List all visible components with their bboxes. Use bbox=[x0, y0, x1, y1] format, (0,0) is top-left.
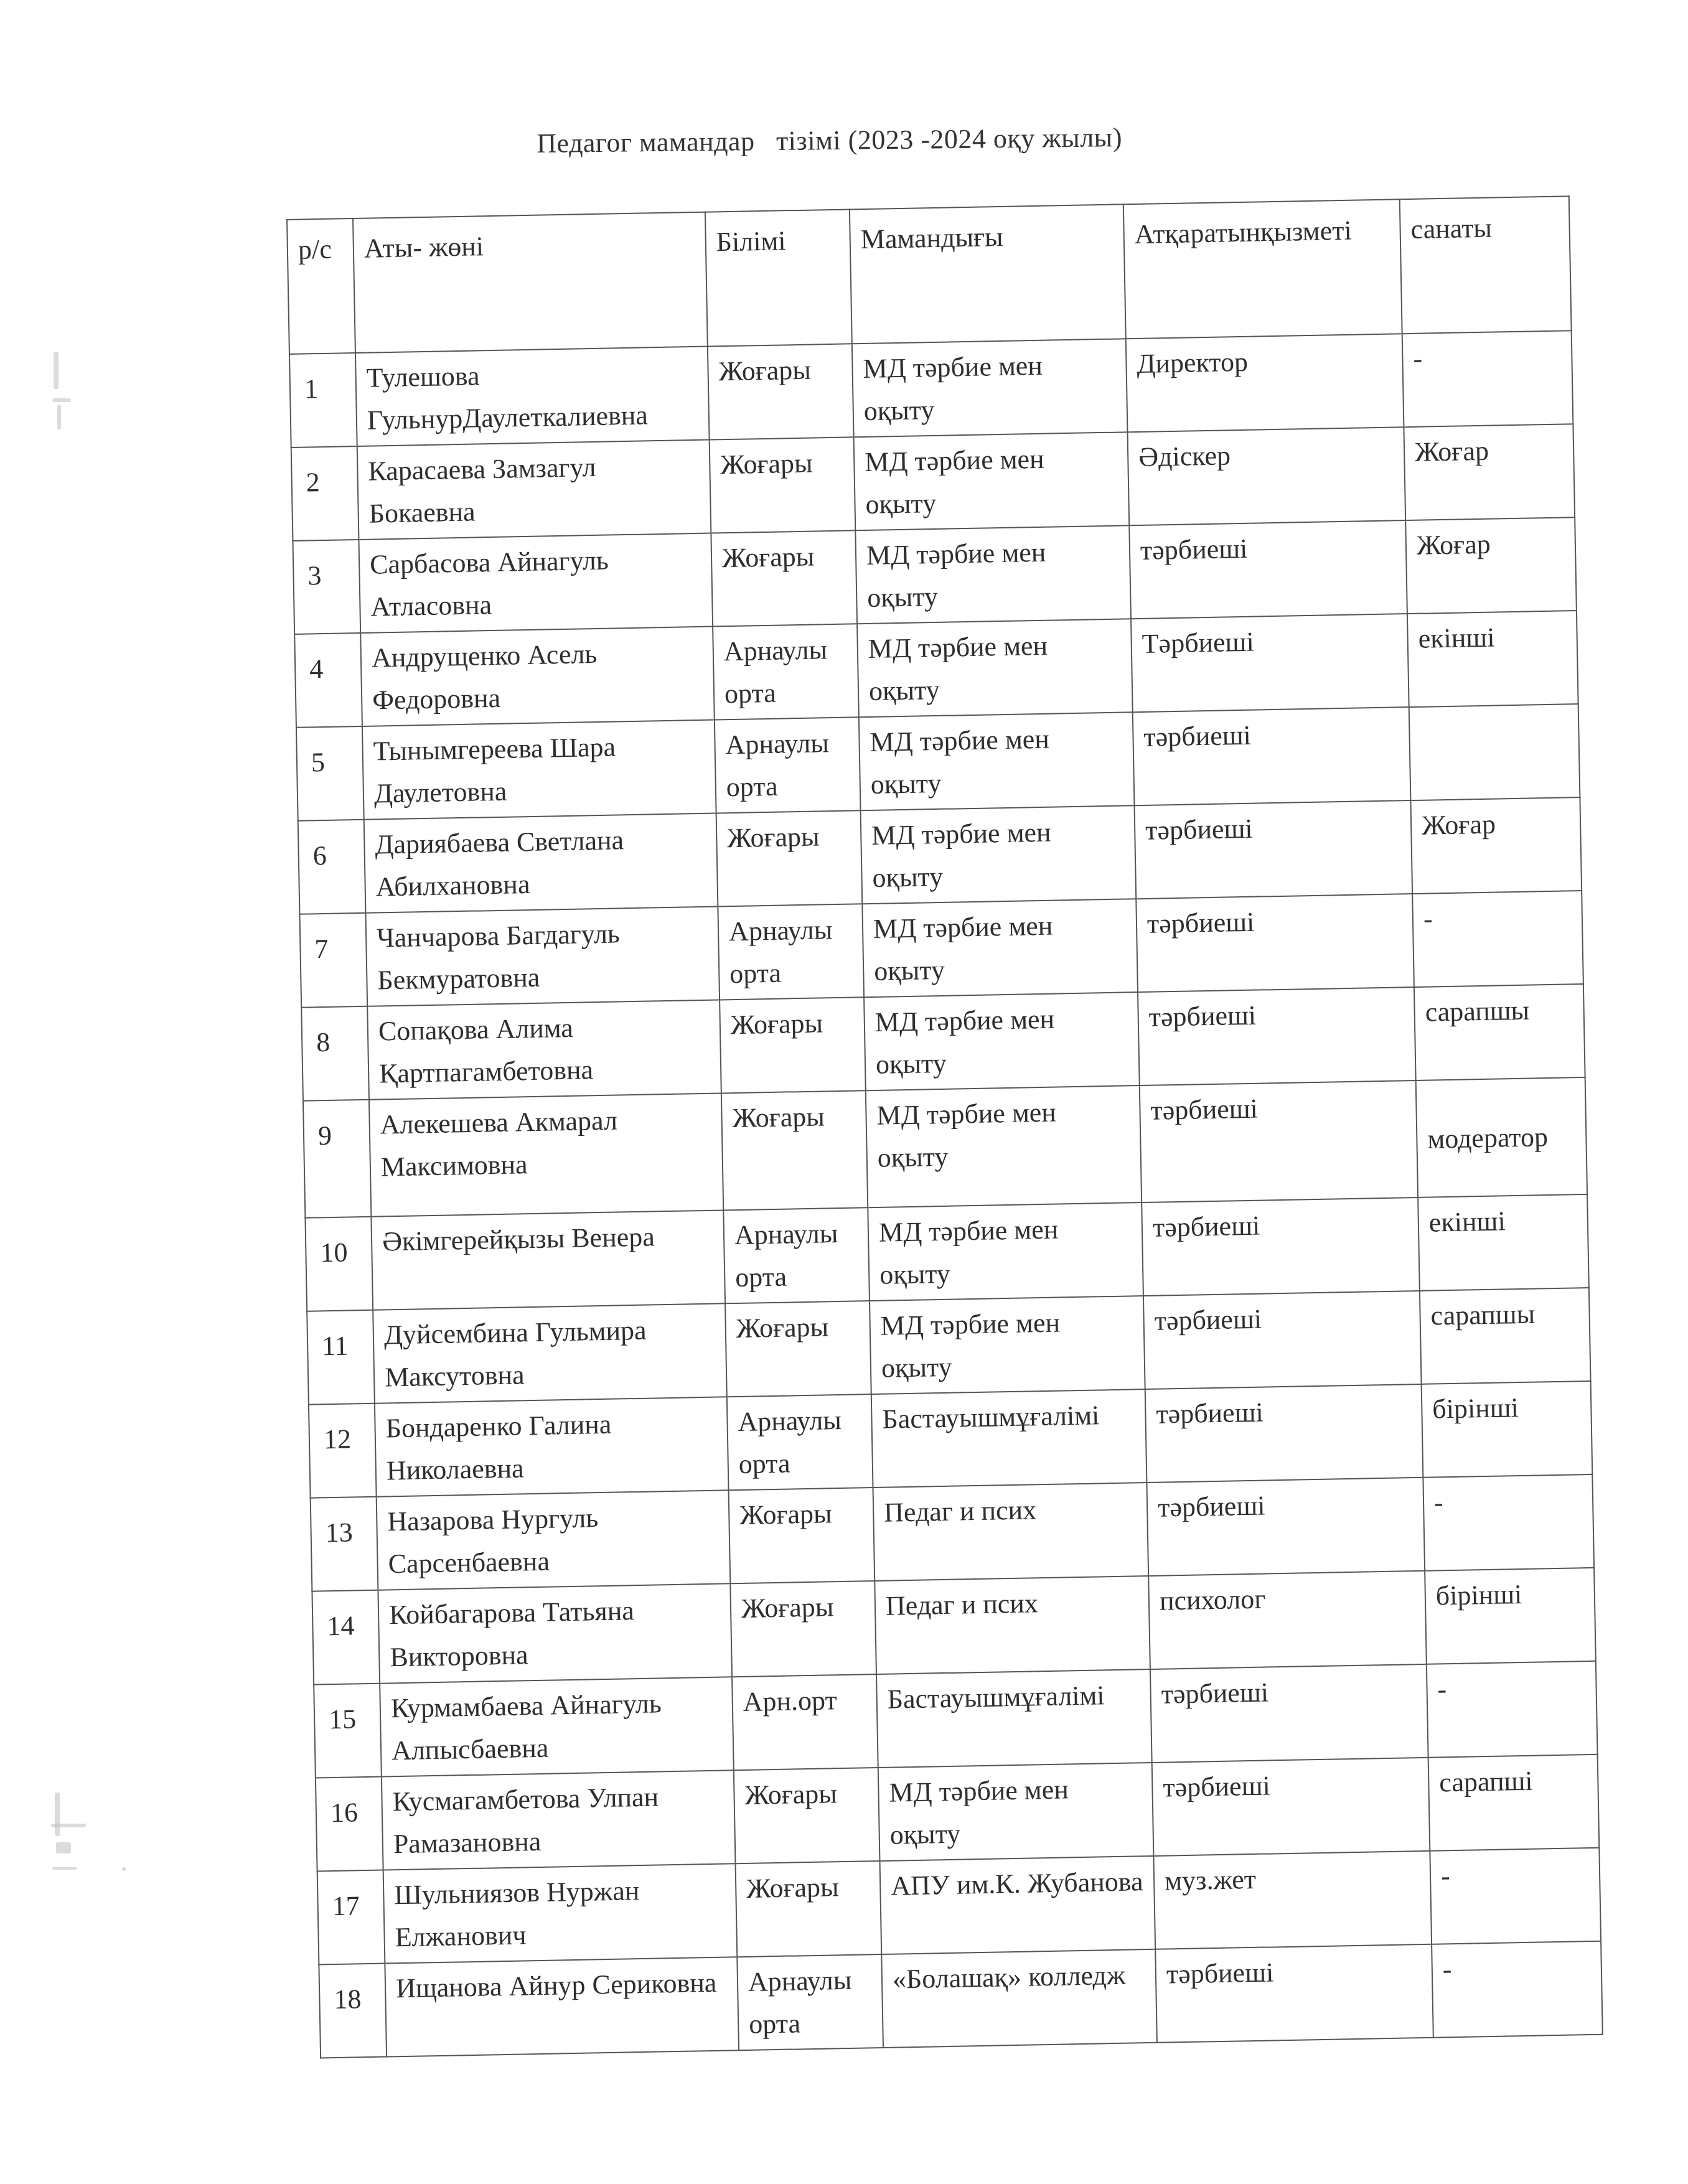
cell-position: тәрбиеші bbox=[1140, 1080, 1418, 1202]
cell-position: Директор bbox=[1126, 334, 1404, 432]
cell-full-name: Андрущенко Асель Федоровна bbox=[360, 627, 715, 726]
cell-position: тәрбиеші bbox=[1133, 707, 1411, 805]
cell-education: Арнаулы орта bbox=[713, 624, 859, 719]
cell-number: 12 bbox=[309, 1404, 377, 1498]
cell-category bbox=[1409, 704, 1580, 800]
cell-full-name: Тынымгереева Шара Даулетовна bbox=[362, 720, 716, 820]
cell-education: Жоғары bbox=[711, 530, 857, 626]
cell-position: тәрбиеші bbox=[1150, 1664, 1428, 1763]
cell-number: 16 bbox=[316, 1777, 383, 1872]
cell-full-name: Шульниязов Нуржан Елжанович bbox=[383, 1863, 738, 1963]
scan-artifact bbox=[55, 1793, 60, 1836]
cell-position: тәрбиеші bbox=[1146, 1478, 1425, 1576]
cell-number: 7 bbox=[299, 913, 367, 1008]
cell-specialty: МД тәрбие мен оқыту bbox=[859, 712, 1135, 810]
cell-position: Тәрбиеші bbox=[1131, 614, 1409, 712]
cell-category: сарапшы bbox=[1414, 984, 1585, 1080]
cell-number: 11 bbox=[307, 1310, 375, 1405]
cell-position: тәрбиеші bbox=[1142, 1197, 1420, 1296]
cell-position: муз.жет bbox=[1153, 1851, 1432, 1949]
cell-full-name: Тулешова ГульнурДаулеткалиевна bbox=[355, 347, 710, 446]
cell-full-name: Назарова Нургуль Сарсенбаевна bbox=[377, 1490, 731, 1590]
cell-specialty: МД тәрбие мен оқыту bbox=[857, 619, 1133, 717]
cell-specialty: «Болашақ» колледж bbox=[881, 1949, 1157, 2048]
cell-category: бірінші bbox=[1425, 1568, 1596, 1664]
cell-education: Жоғары bbox=[730, 1581, 876, 1677]
cell-full-name: Койбагарова Татьяна Викторовна bbox=[378, 1583, 732, 1683]
cell-category: - bbox=[1427, 1661, 1598, 1758]
cell-position: Әдіскер bbox=[1127, 427, 1405, 525]
cell-education: Жоғары bbox=[736, 1861, 882, 1957]
cell-number: 4 bbox=[294, 633, 362, 728]
cell-number: 2 bbox=[291, 446, 359, 541]
cell-education: Жоғары bbox=[710, 437, 856, 533]
cell-full-name: Дариябаева Светлана Абилхановна bbox=[364, 813, 718, 913]
cell-full-name: Сопақова Алима Қартпагамбетовна bbox=[367, 1000, 721, 1099]
staff-table-container: р/с Аты- жөні Білімі Мамандығы Атқаратын… bbox=[286, 195, 1603, 2058]
page-title: Педагог мамандар тізімі (2023 -2024 оқу … bbox=[537, 121, 1122, 159]
header-specialty: Мамандығы bbox=[850, 204, 1126, 344]
cell-category: сарапші bbox=[1428, 1755, 1600, 1851]
cell-full-name: Сарбасова Айнагуль Атласовна bbox=[359, 533, 713, 633]
cell-position: тәрбиеші bbox=[1138, 987, 1416, 1085]
scan-artifact bbox=[122, 1867, 126, 1871]
table-body: 1Тулешова ГульнурДаулеткалиевнаЖоғарыМД … bbox=[289, 330, 1603, 2058]
cell-category: - bbox=[1432, 1941, 1603, 2038]
cell-category: сарапшы bbox=[1420, 1288, 1591, 1384]
cell-category: - bbox=[1423, 1474, 1594, 1571]
cell-specialty: МД тәрбие мен оқыту bbox=[855, 525, 1131, 624]
scan-artifact bbox=[51, 1824, 86, 1827]
cell-specialty: МД тәрбие мен оқыту bbox=[862, 899, 1138, 997]
cell-education: Арнаулы орта bbox=[723, 1207, 870, 1303]
cell-category: модератор bbox=[1416, 1077, 1587, 1197]
scan-artifact bbox=[52, 398, 71, 402]
cell-education: Арнаулы орта bbox=[715, 717, 861, 813]
cell-number: 13 bbox=[311, 1497, 378, 1591]
cell-number: 5 bbox=[296, 726, 364, 821]
cell-position: тәрбиеші bbox=[1136, 894, 1414, 992]
cell-full-name: Дуйсембина Гульмира Максутовна bbox=[373, 1303, 727, 1403]
cell-full-name: Бондаренко Галина Николаевна bbox=[375, 1397, 729, 1496]
cell-specialty: АПУ им.К. Жубанова bbox=[880, 1856, 1156, 1954]
cell-number: 15 bbox=[314, 1684, 382, 1778]
scan-artifact bbox=[54, 352, 59, 389]
cell-education: Арн.орт bbox=[732, 1674, 878, 1770]
header-number: р/с bbox=[287, 218, 355, 354]
header-education: Білімі bbox=[705, 209, 852, 346]
cell-specialty: МД тәрбие мен оқыту bbox=[878, 1763, 1154, 1861]
cell-full-name: Чанчарова Багдагуль Бекмуратовна bbox=[365, 906, 720, 1006]
cell-number: 9 bbox=[303, 1100, 371, 1218]
cell-education: Жоғары bbox=[716, 810, 863, 906]
cell-specialty: Педаг и псих bbox=[873, 1483, 1149, 1581]
cell-specialty: МД тәрбие мен оқыту bbox=[861, 805, 1137, 904]
cell-full-name: Кусмагамбетова Улпан Рамазановна bbox=[382, 1770, 736, 1870]
cell-education: Жоғары bbox=[734, 1768, 880, 1863]
cell-full-name: Курмамбаева Айнагуль Алпысбаевна bbox=[380, 1677, 734, 1776]
header-position: Атқаратынқызметі bbox=[1123, 199, 1402, 339]
cell-category: Жоғар bbox=[1410, 797, 1582, 894]
cell-education: Жоғары bbox=[720, 997, 866, 1093]
cell-specialty: МД тәрбие мен оқыту bbox=[852, 339, 1128, 437]
cell-specialty: МД тәрбие мен оқыту bbox=[866, 1085, 1142, 1207]
cell-position: тәрбиеші bbox=[1145, 1384, 1423, 1483]
cell-category: - bbox=[1430, 1848, 1601, 1944]
cell-category: - bbox=[1402, 330, 1573, 427]
cell-position: тәрбиеші bbox=[1155, 1944, 1433, 2043]
cell-number: 17 bbox=[317, 1870, 385, 1965]
cell-number: 6 bbox=[298, 820, 366, 914]
cell-education: Жоғары bbox=[721, 1090, 868, 1210]
cell-full-name: Ищанова Айнур Сериковна bbox=[385, 1957, 739, 2056]
header-category: санаты bbox=[1400, 196, 1572, 334]
cell-position: тәрбиеші bbox=[1152, 1758, 1430, 1856]
cell-education: Жоғары bbox=[708, 344, 854, 439]
cell-full-name: Әкімгерейқызы Венера bbox=[371, 1210, 725, 1310]
staff-table: р/с Аты- жөні Білімі Мамандығы Атқаратын… bbox=[286, 195, 1603, 2058]
cell-specialty: Бастауышмұғалімі bbox=[876, 1669, 1152, 1768]
cell-position: тәрбиеші bbox=[1143, 1291, 1422, 1389]
cell-education: Жоғары bbox=[725, 1301, 871, 1397]
cell-specialty: МД тәрбие мен оқыту bbox=[864, 992, 1140, 1090]
cell-specialty: Бастауышмұғалімі bbox=[871, 1389, 1147, 1488]
cell-number: 18 bbox=[319, 1964, 387, 2058]
cell-education: Жоғары bbox=[729, 1488, 875, 1583]
cell-number: 10 bbox=[305, 1217, 373, 1311]
scan-artifact bbox=[56, 1842, 71, 1854]
cell-category: - bbox=[1412, 891, 1583, 987]
cell-education: Арнаулы орта bbox=[737, 1954, 883, 2050]
cell-full-name: Карасаева Замзагул Бокаевна bbox=[357, 440, 711, 540]
cell-specialty: МД тәрбие мен оқыту bbox=[868, 1202, 1143, 1301]
cell-category: бірінші bbox=[1422, 1381, 1593, 1478]
cell-number: 1 bbox=[289, 353, 357, 448]
cell-education: Арнаулы орта bbox=[727, 1394, 873, 1490]
cell-specialty: МД тәрбие мен оқыту bbox=[854, 432, 1130, 530]
table-header-row: р/с Аты- жөні Білімі Мамандығы Атқаратын… bbox=[287, 196, 1572, 354]
header-full-name: Аты- жөні bbox=[353, 212, 708, 353]
scan-artifact bbox=[52, 1867, 77, 1870]
cell-position: психолог bbox=[1148, 1571, 1427, 1669]
cell-number: 3 bbox=[293, 540, 360, 634]
cell-education: Арнаулы орта bbox=[718, 904, 864, 1000]
scan-artifact bbox=[57, 405, 61, 429]
cell-category: екінші bbox=[1418, 1194, 1589, 1291]
cell-category: Жоғар bbox=[1404, 424, 1575, 520]
cell-position: тәрбиеші bbox=[1129, 520, 1407, 619]
table-row: 9Алекешева Акмарал МаксимовнаЖоғарыМД тә… bbox=[303, 1077, 1587, 1218]
cell-number: 8 bbox=[301, 1006, 369, 1101]
cell-number: 14 bbox=[312, 1590, 380, 1685]
cell-category: Жоғар bbox=[1405, 517, 1577, 614]
cell-specialty: МД тәрбие мен оқыту bbox=[870, 1296, 1145, 1394]
cell-position: тәрбиеші bbox=[1134, 800, 1412, 899]
cell-specialty: Педаг и псих bbox=[874, 1576, 1150, 1674]
cell-full-name: Алекешева Акмарал Максимовна bbox=[369, 1093, 723, 1216]
cell-category: екінші bbox=[1407, 611, 1578, 707]
